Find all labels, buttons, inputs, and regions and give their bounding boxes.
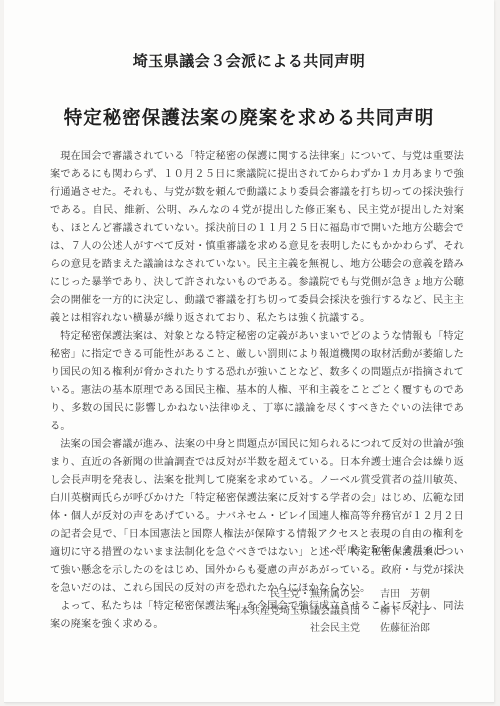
signatories: 民主党・無所属の会 吉田 芳朝 日本共産党埼玉県議会議員団 柳下 礼子 社会民主… [230,586,444,637]
statement-body: 現在国会で審議されている「特定秘密の保護に関する法律案」について、与党は重要法案… [50,148,464,634]
signatory-org: 日本共産党埼玉県議会議員団 [230,603,360,620]
signatory-org: 民主党・無所属の会 [270,586,360,603]
signatory-org: 社会民主党 [310,620,360,637]
paragraph-1: 現在国会で審議されている「特定秘密の保護に関する法律案」について、与党は重要法案… [50,148,464,328]
paragraph-2: 特定秘密保護法案は、対象となる特定秘密の定義があいまいでどのような情報も「特定秘… [50,328,464,436]
document-title: 特定秘密保護法案の廃案を求める共同声明 [4,104,494,130]
document-subtitle: 埼玉県議会３会派による共同声明 [4,50,494,71]
signatory-name: 吉田 芳朝 [380,586,444,603]
signatory-row: 民主党・無所属の会 吉田 芳朝 [230,586,444,603]
signatory-name: 柳下 礼子 [380,603,444,620]
signatory-row: 社会民主党 佐藤征治郎 [230,620,444,637]
paragraph-3: 法案の国会審議が進み、法案の中身と問題点が国民に知られるにつれて反対の世論が強ま… [50,436,464,598]
signatory-row: 日本共産党埼玉県議会議員団 柳下 礼子 [230,603,444,620]
signatory-name: 佐藤征治郎 [380,620,444,637]
document-page: 埼玉県議会３会派による共同声明 特定秘密保護法案の廃案を求める共同声明 現在国会… [4,0,494,703]
statement-date: 平成２５年１２月６日 [336,542,446,557]
